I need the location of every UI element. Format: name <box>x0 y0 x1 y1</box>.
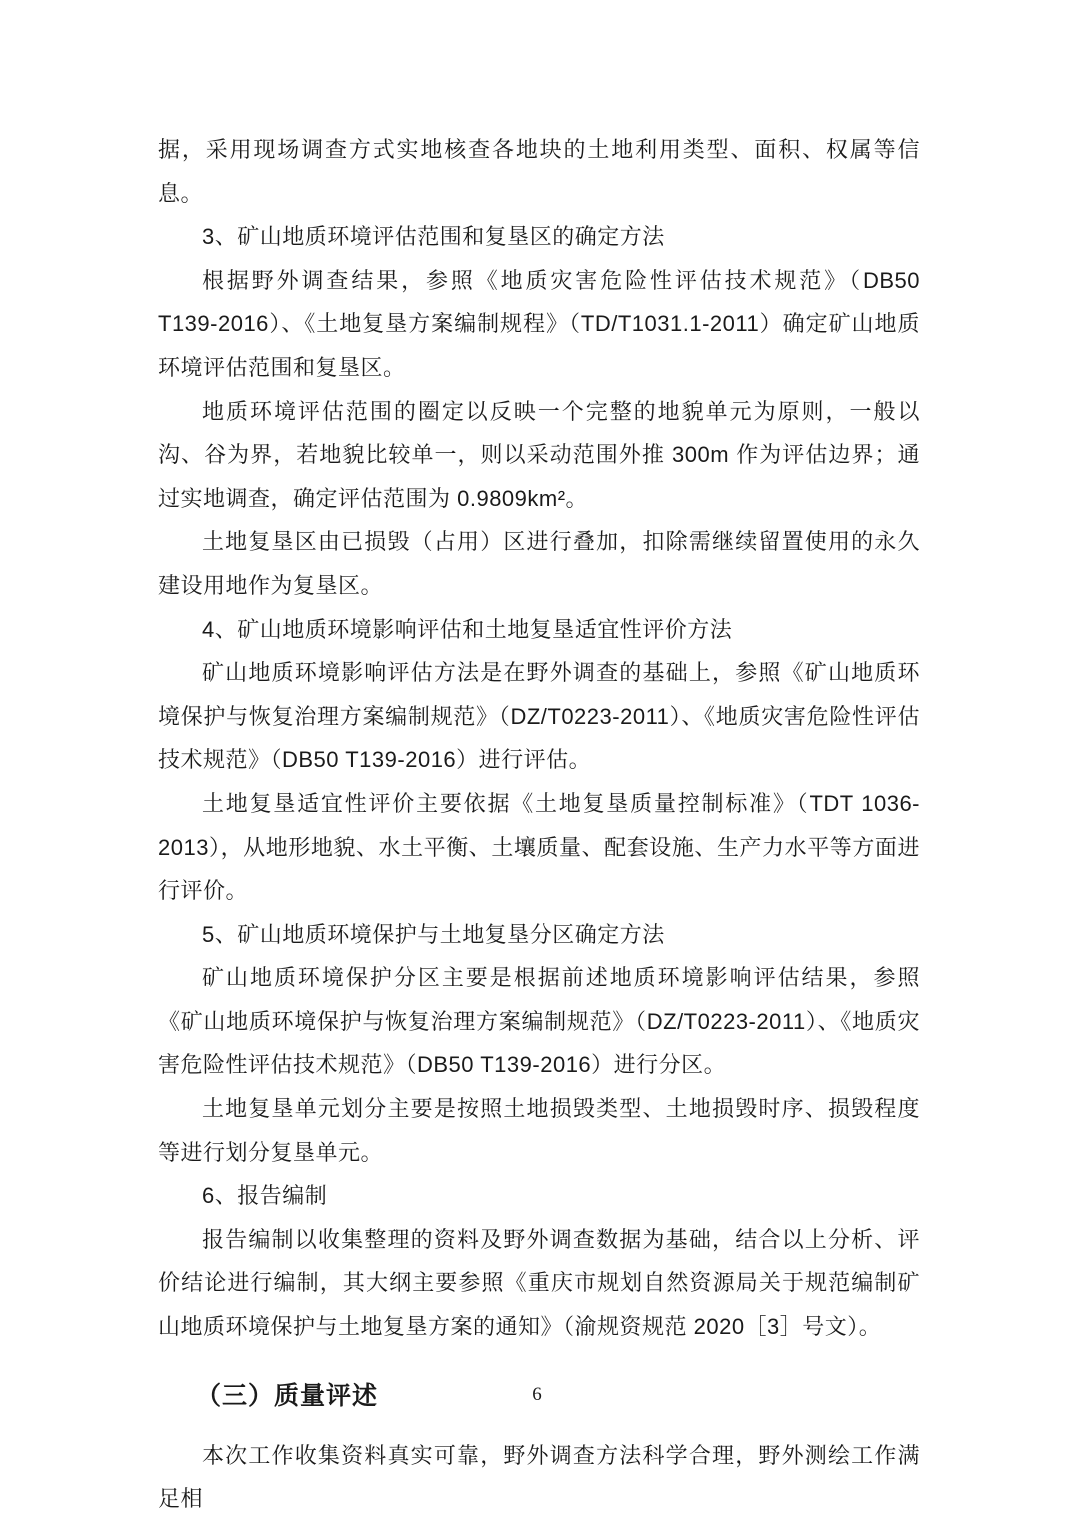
paragraph: 土地复垦适宜性评价主要依据《土地复垦质量控制标准》（TDT 1036-2013）… <box>158 782 920 913</box>
paragraph: 本次工作收集资料真实可靠，野外调查方法科学合理，野外测绘工作满足相 <box>158 1434 920 1520</box>
paragraph: 4、矿山地质环境影响评估和土地复垦适宜性评价方法 <box>158 608 920 652</box>
page-number: 6 <box>0 1384 1074 1406</box>
paragraph: 3、矿山地质环境评估范围和复垦区的确定方法 <box>158 215 920 259</box>
paragraph: 土地复垦区由已损毁（占用）区进行叠加，扣除需继续留置使用的永久建设用地作为复垦区… <box>158 520 920 607</box>
paragraph: 矿山地质环境保护分区主要是根据前述地质环境影响评估结果，参照《矿山地质环境保护与… <box>158 956 920 1087</box>
paragraph: 矿山地质环境影响评估方法是在野外调查的基础上，参照《矿山地质环境保护与恢复治理方… <box>158 651 920 782</box>
paragraph: 6、报告编制 <box>158 1174 920 1218</box>
paragraph: 5、矿山地质环境保护与土地复垦分区确定方法 <box>158 913 920 957</box>
paragraph: 报告编制以收集整理的资料及野外调查数据为基础，结合以上分析、评价结论进行编制，其… <box>158 1218 920 1349</box>
paragraph: 据，采用现场调查方式实地核查各地块的土地利用类型、面积、权属等信息。 <box>158 128 920 215</box>
document-body: 据，采用现场调查方式实地核查各地块的土地利用类型、面积、权属等信息。3、矿山地质… <box>158 128 920 1520</box>
document-page: 据，采用现场调查方式实地核查各地块的土地利用类型、面积、权属等信息。3、矿山地质… <box>0 0 1074 1520</box>
paragraph: 根据野外调查结果，参照《地质灾害危险性评估技术规范》（DB50 T139-201… <box>158 259 920 390</box>
paragraph: 土地复垦单元划分主要是按照土地损毁类型、土地损毁时序、损毁程度等进行划分复垦单元… <box>158 1087 920 1174</box>
paragraph: 地质环境评估范围的圈定以反映一个完整的地貌单元为原则，一般以沟、谷为界，若地貌比… <box>158 390 920 521</box>
